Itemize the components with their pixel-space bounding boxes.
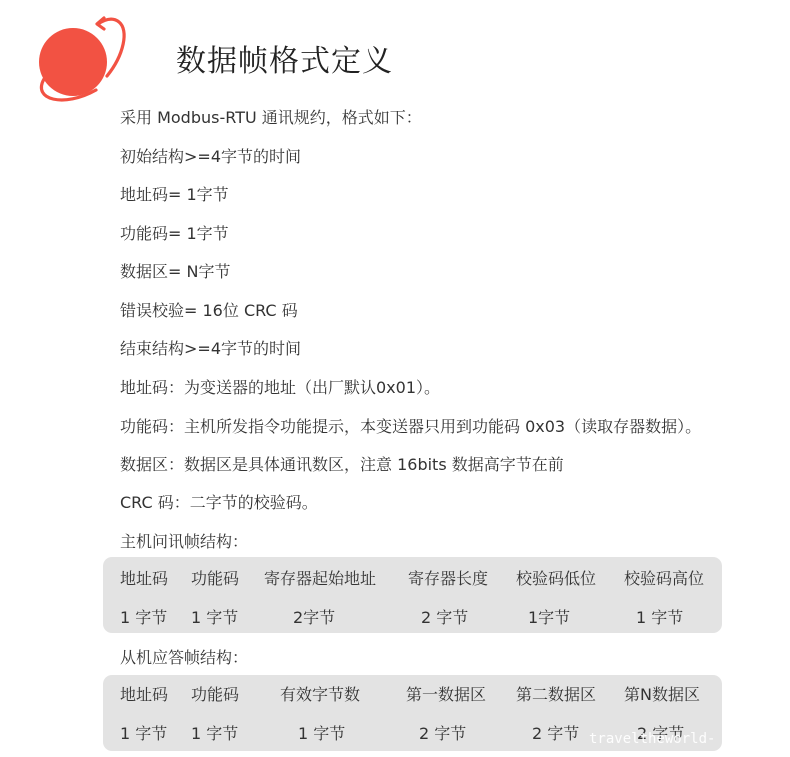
table-header-cell: 第一数据区 (406, 685, 486, 705)
address-code-size-text: 地址码= 1字节 (120, 185, 229, 205)
table-header-cell: 寄存器长度 (408, 569, 488, 589)
table-value-cell: 1 字节 (636, 608, 683, 628)
table-header-cell: 寄存器起始地址 (264, 569, 376, 589)
table-value-cell: 1 字节 (191, 724, 238, 744)
table-value-cell: 1 字节 (120, 724, 167, 744)
table-value-cell: 1 字节 (120, 608, 167, 628)
crc-size-text: 错误校验= 16位 CRC 码 (120, 301, 298, 321)
table-value-cell: 2 字节 (421, 608, 468, 628)
table-header-cell: 第二数据区 (516, 685, 596, 705)
end-structure-text: 结束结构>=4字节的时间 (120, 339, 301, 359)
table-value-cell: 1 字节 (298, 724, 345, 744)
table-header-cell: 第N数据区 (624, 685, 700, 705)
table-value-cell: 1字节 (528, 608, 570, 628)
function-code-desc-text: 功能码：主机所发指令功能提示，本变送器只用到功能码 0x03（读取存器数据）。 (120, 417, 701, 437)
protocol-intro-text: 采用 Modbus-RTU 通讯规约，格式如下： (120, 108, 422, 128)
function-code-size-text: 功能码= 1字节 (120, 224, 229, 244)
table-header-cell: 功能码 (191, 569, 239, 589)
start-structure-text: 初始结构>=4字节的时间 (120, 147, 301, 167)
master-frame-heading: 主机问讯帧结构： (120, 532, 248, 552)
page-title: 数据帧格式定义 (176, 36, 393, 80)
table-header-cell: 校验码低位 (516, 569, 596, 589)
table-header-cell: 地址码 (120, 685, 168, 705)
table-value-cell: 2 字节 (419, 724, 466, 744)
table-header-cell: 校验码高位 (624, 569, 704, 589)
table-value-cell: 2字节 (293, 608, 335, 628)
slave-frame-heading: 从机应答帧结构： (120, 648, 248, 668)
table-header-cell: 地址码 (120, 569, 168, 589)
planet-logo-icon (34, 10, 130, 106)
table-header-cell: 有效字节数 (280, 685, 360, 705)
table-value-cell: 2 字节 (532, 724, 579, 744)
data-area-size-text: 数据区= N字节 (120, 262, 230, 282)
table-header-cell: 功能码 (191, 685, 239, 705)
master-frame-table: 地址码 功能码 寄存器起始地址 寄存器长度 校验码低位 校验码高位 1 字节 1… (103, 557, 722, 633)
watermark-text: traveltheworld- (589, 731, 715, 747)
data-area-desc-text: 数据区：数据区是具体通讯数区，注意 16bits 数据高字节在前 (120, 455, 564, 475)
table-value-cell: 1 字节 (191, 608, 238, 628)
address-code-desc-text: 地址码：为变送器的地址（出厂默认0x01）。 (120, 378, 440, 398)
crc-desc-text: CRC 码：二字节的校验码。 (120, 493, 318, 513)
